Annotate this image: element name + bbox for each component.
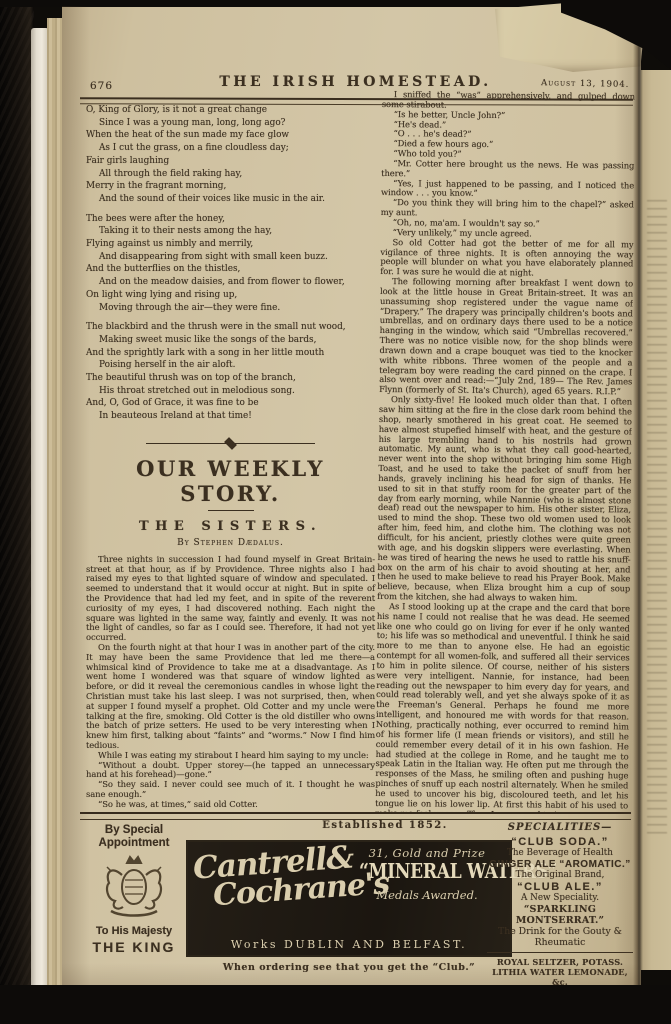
appointment-block: By Special Appointment To His Majesty TH… [80, 824, 188, 955]
appointment-line-2: Appointment [80, 837, 188, 850]
poem-line: In beauteous Ireland at that time! [86, 410, 375, 423]
ad-box: Cantrell& Cochrane's 31, Gold and Prize … [188, 842, 510, 955]
speciality-item: The Drink for the Gouty & Rheumatic [487, 926, 633, 948]
speciality-item: The Beverage of Health [487, 848, 633, 858]
poem-line: And disappearing from sight with small k… [86, 251, 375, 264]
speciality-item: GINGER ALE “AROMATIC.” [487, 859, 633, 870]
poem-line: On light wing lying and rising up, [86, 289, 375, 302]
story-byline: By Stephen Dædalus. [86, 538, 375, 548]
speciality-item: The Original Brand, [487, 870, 633, 880]
story-end-rule [80, 812, 631, 820]
story-paragraph: So old Cotter had got the better of me f… [380, 238, 633, 280]
poem-line: And the sound of their voices like music… [86, 193, 375, 206]
ad-box-right: 31, Gold and Prize “MINERAL WATERS” Meda… [346, 846, 508, 902]
section-divider-ornament [146, 439, 315, 448]
poem-line: His throat stretched out in melodious so… [86, 385, 375, 398]
award-bottom-line: Medals Awarded. [346, 888, 508, 902]
right-column: I sniffed the “was” apprehensively, and … [375, 90, 635, 814]
story-paragraph: “Without a doubt. Upper storey—(he tappe… [86, 761, 375, 781]
poem-line: When the heat of the sun made my face gl… [86, 129, 375, 142]
next-page-faint-text [647, 200, 667, 840]
royal-crest-icon [97, 853, 171, 923]
poem-line: As I cut the grass, on a fine cloudless … [86, 142, 375, 155]
speciality-item: A New Speciality. [487, 893, 633, 903]
poem-line: Moving through the air—they were fine. [86, 302, 375, 315]
award-top-line: 31, Gold and Prize [346, 846, 508, 860]
story-left-paragraphs: Three nights in succession I had found m… [86, 555, 375, 810]
poem-line: Flying against us nimbly and merrily, [86, 238, 375, 251]
appointment-majesty: To His Majesty [80, 925, 188, 937]
brand-name: Cantrell& Cochrane's [192, 842, 356, 911]
poem-line: Taking it to their nests among the hay, [86, 225, 375, 238]
poem-line: Poising herself in the air aloft. [86, 359, 375, 372]
speciality-item: SPECIALITIES— [487, 822, 633, 833]
poem-line: The blackbird and the thrush were in the… [86, 321, 375, 334]
story-paragraph: Three nights in succession I had found m… [86, 555, 375, 643]
poem-line: Making sweet music like the songs of the… [86, 334, 375, 347]
poem-line: The beautiful thrush was on top of the b… [86, 372, 375, 385]
story-paragraph: The following morning after breakfast I … [379, 277, 633, 398]
book-scan: { "header": { "page_number": "676", "mas… [0, 0, 671, 1024]
poem-line: And the sprightly lark with a song in he… [86, 347, 375, 360]
poem-stanza-1: O, King of Glory, is it not a great chan… [86, 104, 375, 206]
poem-line: The bees were after the honey, [86, 213, 375, 226]
weekly-story-heading: OUR WEEKLY STORY. [86, 456, 375, 506]
speciality-item: “CLUB ALE.” [487, 881, 633, 893]
page-fold-crease [633, 0, 643, 1024]
advertisement: By Special Appointment To His Majesty TH… [80, 812, 633, 988]
poem-line: And, O, God of Grace, it was fine to be [86, 397, 375, 410]
poem-line: Fair girls laughing [86, 155, 375, 168]
established-line: Established 1852. [290, 820, 480, 831]
appointment-line-1: By Special [80, 824, 188, 837]
heading-rule [208, 510, 254, 511]
speciality-item: “CLUB SODA.” [487, 836, 633, 848]
poem-line: Since I was a young man, long, long ago? [86, 117, 375, 130]
works-line: Works DUBLIN AND BELFAST. [188, 938, 510, 951]
story-paragraph: Only sixty-five! He looked much older th… [377, 395, 632, 604]
poem-stanza-3: The blackbird and the thrush were in the… [86, 321, 375, 423]
appointment-king: THE KING [80, 939, 188, 955]
issue-date: August 13, 1904. [540, 78, 629, 90]
book-binding [0, 0, 34, 1024]
poem-stanza-2: The bees were after the honey,Taking it … [86, 213, 375, 315]
newspaper-page: 676 THE IRISH HOMESTEAD. August 13, 1904… [62, 6, 641, 985]
brand-line-2: Cochrane's [212, 872, 356, 910]
story-paragraph: “So they said. I never could see much of… [86, 780, 375, 800]
product-name: “MINERAL WATERS” [359, 860, 495, 882]
story-paragraph: On the fourth night at that hour I was i… [86, 643, 375, 751]
story-title: THE SISTERS. [86, 519, 375, 534]
story-right-paragraphs: I sniffed the “was” apprehensively, and … [375, 90, 635, 814]
story-paragraph: “So he was, at times,” said old Cotter. [86, 800, 375, 810]
next-page-sliver [641, 70, 671, 970]
speciality-item: “SPARKLING MONTSERRAT.” [487, 904, 633, 926]
poem-line: And the butterflies on the thistles, [86, 263, 375, 276]
bottom-gap [0, 985, 671, 1024]
story-paragraph: As I stood looking up at the crape and t… [375, 602, 630, 815]
left-column: O, King of Glory, is it not a great chan… [86, 104, 375, 810]
poem-line: All through the field raking hay, [86, 168, 375, 181]
poem-line: Merry in the fragrant morning, [86, 180, 375, 193]
ad-footer-note: When ordering see that you get the “Club… [188, 962, 510, 973]
poem-line: And on the meadow daisies, and from flow… [86, 276, 375, 289]
poem-line: O, King of Glory, is it not a great chan… [86, 104, 375, 117]
